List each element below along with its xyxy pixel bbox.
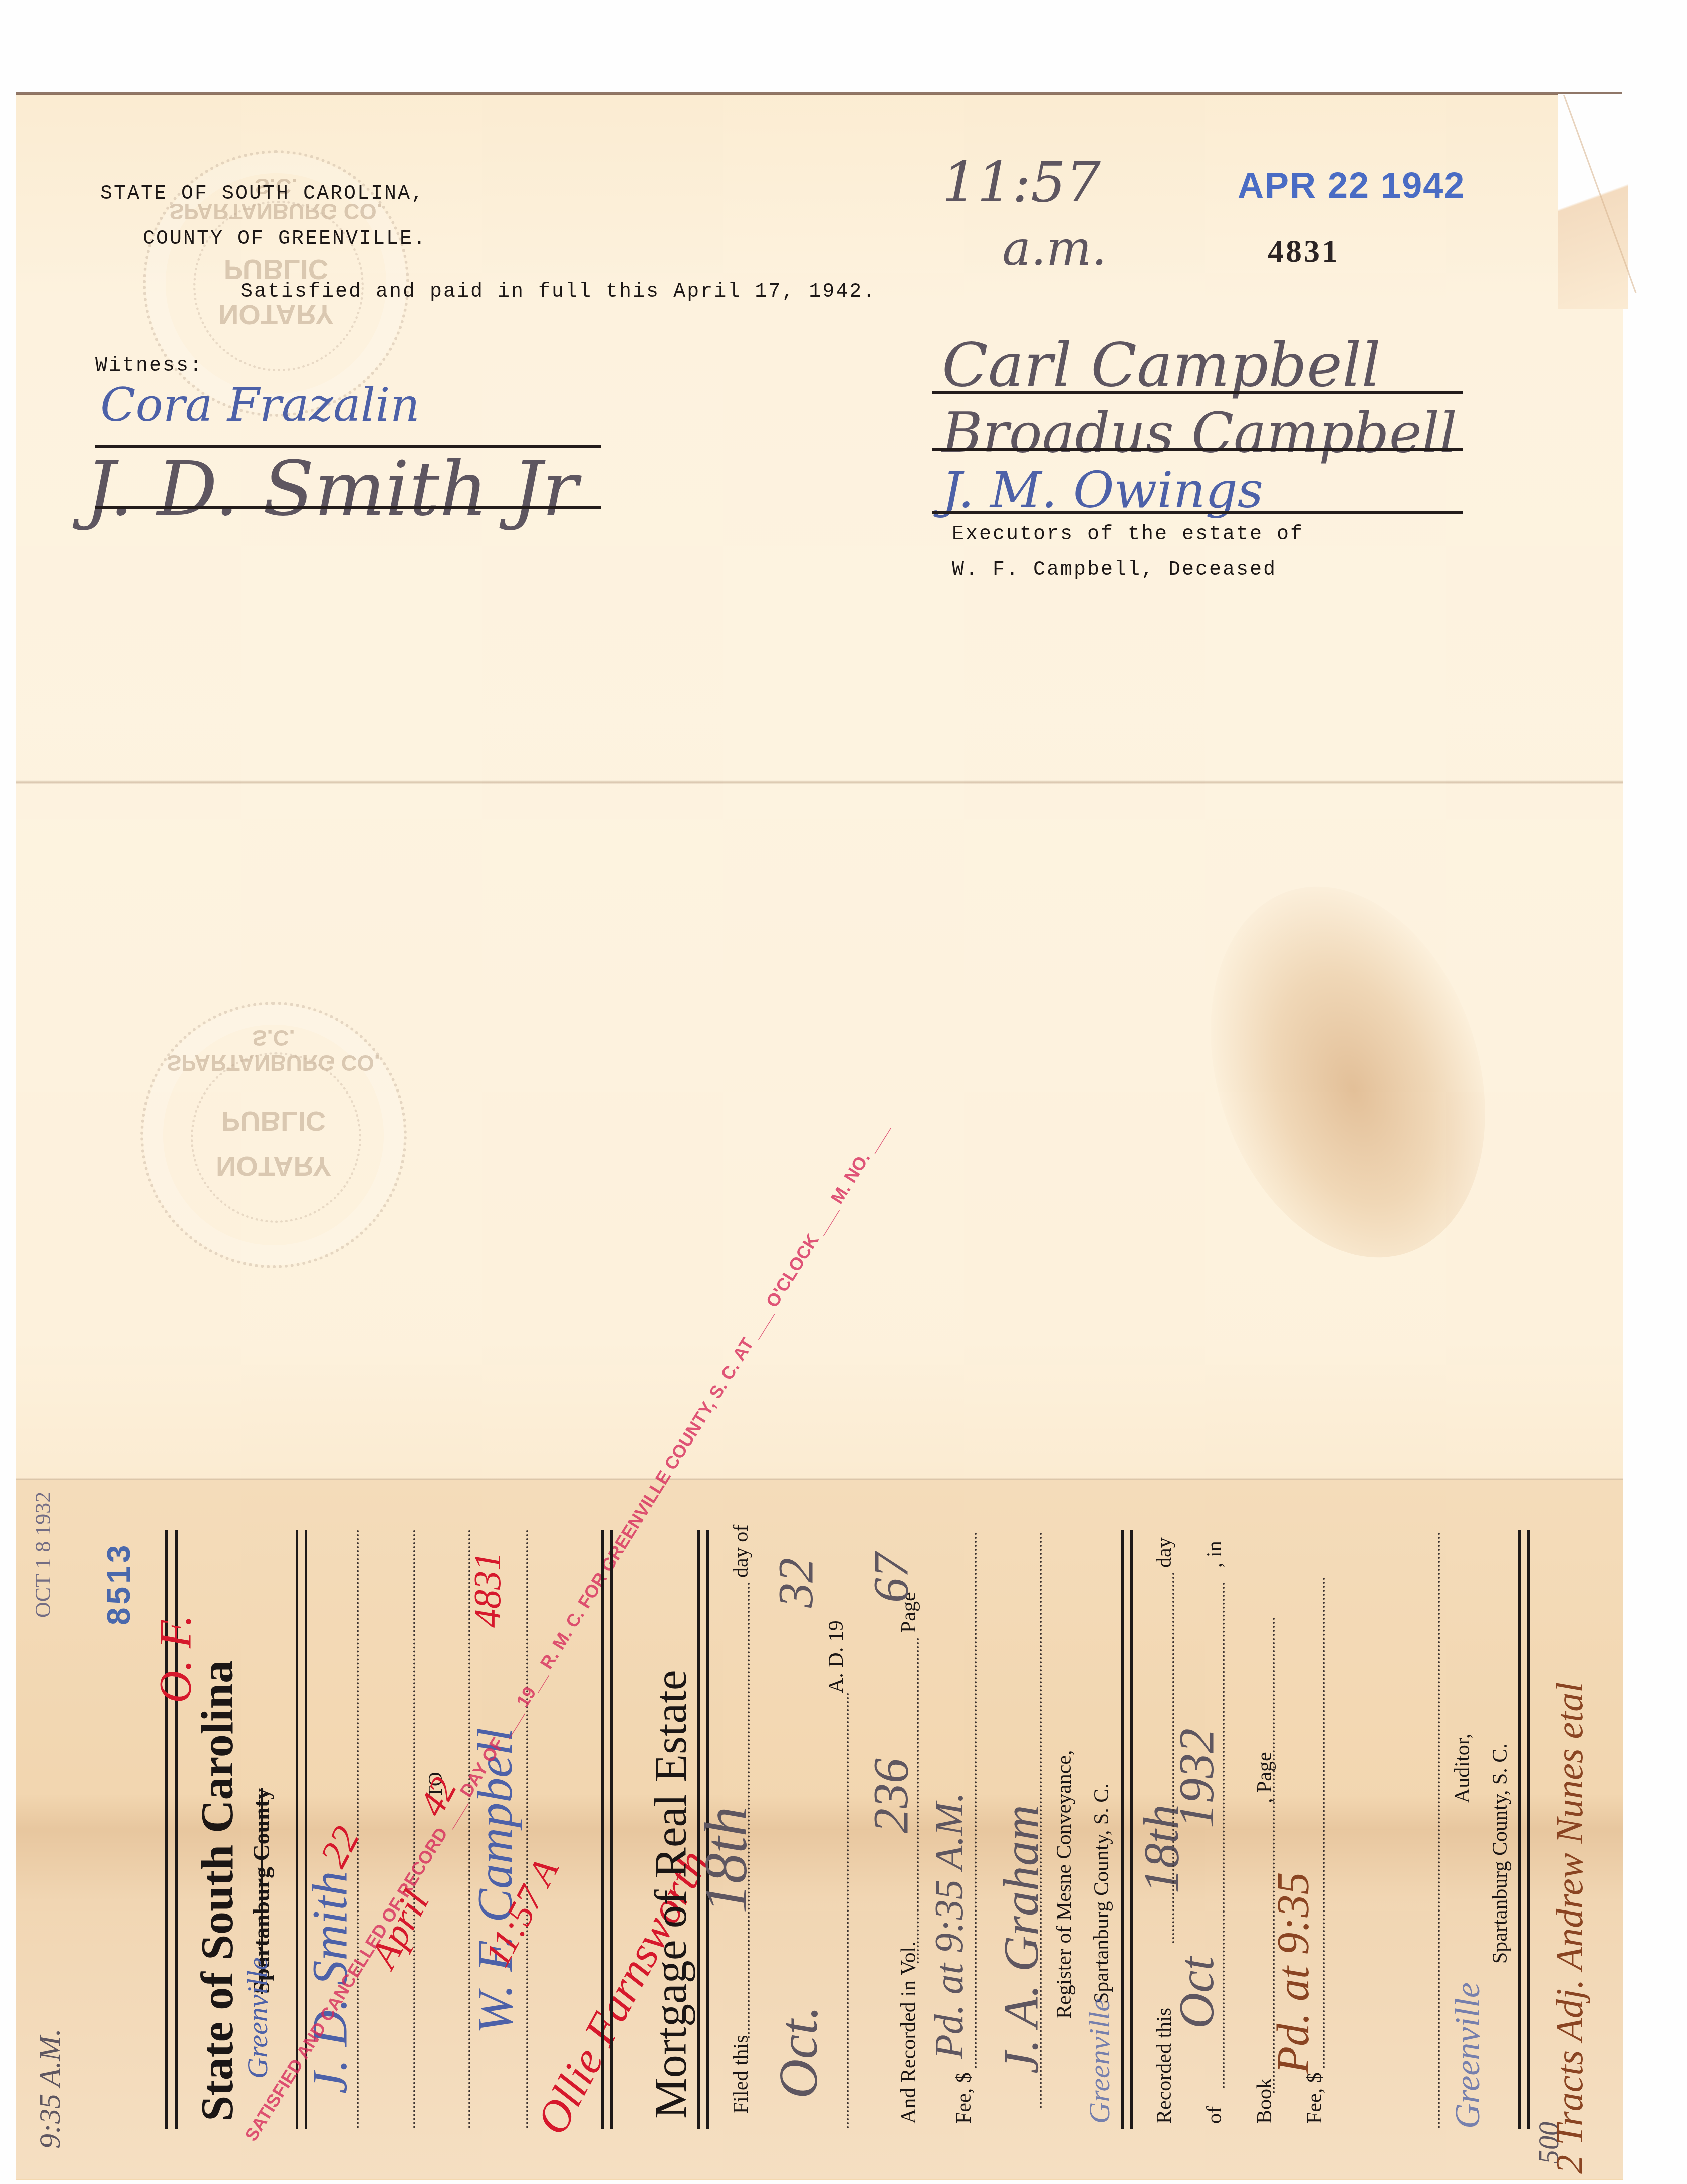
register-county-handwritten: Greenville xyxy=(1082,1998,1117,2124)
recorded-day-label: day xyxy=(1152,1537,1176,1568)
docket-rule xyxy=(1527,1530,1530,2129)
auditor-county-handwritten: Greenville xyxy=(1448,1982,1488,2129)
fee-label: Fee, $ xyxy=(952,2072,976,2124)
filed-day: 18th xyxy=(691,1807,761,1914)
record-number: 4831 xyxy=(1268,233,1340,270)
docket-time-note: 9:35 A.M. xyxy=(33,2028,67,2149)
dotted-field-line xyxy=(526,1530,528,2129)
fee-handwritten: Pd. at 9:35 A.M. xyxy=(927,1792,973,2059)
executor-signature-line-3 xyxy=(932,511,1463,514)
satisfaction-statement: Satisfied and paid in full this April 17… xyxy=(240,281,876,303)
paper-top-edge xyxy=(16,92,1622,95)
recorded-year: 1932 xyxy=(1167,1728,1225,1828)
recorded-ampm: a.m. xyxy=(1002,220,1107,277)
dotted-field-line xyxy=(1323,1578,1325,2069)
witness-label: Witness: xyxy=(95,355,203,377)
docket-rule xyxy=(296,1530,298,2129)
witness-signature-2: J. D. Smith Jr xyxy=(85,446,578,533)
witness-signature-1: Cora Frazalin xyxy=(100,378,420,432)
executor-signature-line-2 xyxy=(932,448,1463,451)
register-county: Spartanburg County, S. C. xyxy=(1090,1783,1114,2004)
county-header: COUNTY OF GREENVILLE. xyxy=(143,228,427,250)
executors-caption-line2: W. F. Campbell, Deceased xyxy=(952,559,1277,581)
instrument-number: 8513 xyxy=(100,1542,137,1625)
docket-county-handwritten: Greenville xyxy=(240,1957,274,2079)
docket-margin-typed: OCT 1 8 1932 xyxy=(30,1492,56,1618)
auditor-caption: Auditor, xyxy=(1451,1734,1475,1803)
fee2-label: Fee, $ xyxy=(1303,2072,1327,2124)
red-entry-number: 4831 xyxy=(466,1552,510,1628)
docket-rule xyxy=(601,1530,604,2129)
dotted-field-line xyxy=(847,1693,849,2129)
docket-rule xyxy=(1121,1530,1124,2129)
register-caption: Register of Mesne Conveyance, xyxy=(1052,1750,1076,2019)
dotted-field-line xyxy=(413,1530,415,2129)
executor-signature-2: Broadus Campbell xyxy=(942,401,1457,465)
docket-rule xyxy=(610,1530,613,2129)
docket-rule xyxy=(1518,1530,1521,2129)
executors-caption-line1: Executors of the estate of xyxy=(952,523,1304,546)
in-label: , in xyxy=(1202,1541,1227,1568)
witness-signature-line-2 xyxy=(95,506,601,509)
fee2-handwritten: Pd. at 9:35 xyxy=(1268,1872,1319,2074)
dotted-field-line xyxy=(1438,1533,1440,2129)
executor-signature-1: Carl Campbell xyxy=(942,331,1381,400)
red-initials: O. F. xyxy=(150,1615,202,1703)
executor-signature-line-1 xyxy=(932,391,1463,394)
dotted-field-line xyxy=(748,1583,750,2039)
notary-seal-middle: SPARTANBURG CO. S.C. PUBLIC NOTARY xyxy=(140,1002,407,1268)
dotted-field-line xyxy=(917,1638,919,1964)
recorded-time: 11:57 xyxy=(942,150,1101,214)
page-number: 67 xyxy=(862,1553,919,1603)
property-note: 2 Tracts Adj. Andrew Nunes etal xyxy=(1548,1682,1592,2174)
recorded-month: Oct xyxy=(1167,1957,1225,2029)
folded-corner xyxy=(1558,94,1628,309)
day-of-label: day of xyxy=(729,1525,753,1578)
volume-number: 236 xyxy=(862,1758,919,1833)
ad-label: A. D. 19 xyxy=(824,1620,848,1693)
received-date-stamp: APR 22 1942 xyxy=(1238,165,1465,206)
dotted-field-line xyxy=(1040,1533,1042,2109)
dotted-field-line xyxy=(1223,1583,1225,2089)
of-label: of xyxy=(1202,2106,1227,2124)
recorded-vol-label: And Recorded in Vol. xyxy=(897,1941,921,2124)
state-header: STATE OF SOUTH CAROLINA, xyxy=(100,183,425,205)
fold-crease-upper xyxy=(16,780,1623,784)
filed-year: 32 xyxy=(767,1558,824,1608)
dotted-field-line xyxy=(975,1533,977,2069)
docket-state-title: State of South Carolina xyxy=(190,1660,244,2121)
filed-label: Filed this xyxy=(729,2035,753,2114)
filed-month: Oct. xyxy=(767,2006,830,2099)
auditor-county: Spartanburg County, S. C. xyxy=(1488,1743,1512,1964)
docket-title: Mortgage of Real Estate xyxy=(644,1670,697,2119)
